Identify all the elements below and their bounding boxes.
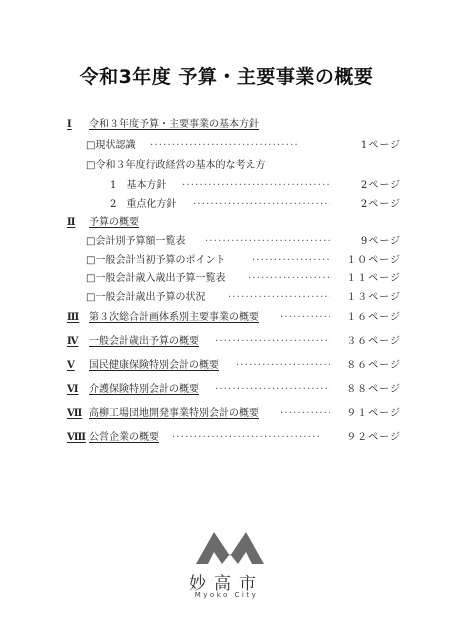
section-label: 予算の概要 <box>89 217 139 228</box>
page-number: 2ページ <box>361 197 401 213</box>
page-number: １６ページ <box>346 310 401 326</box>
toc-item[interactable]: □令和３年度行政経営の基本的な考え方 <box>0 158 453 174</box>
leader-dots: ·································· <box>150 138 330 154</box>
myoko-city-logo <box>190 530 270 570</box>
page-number: ３６ページ <box>346 334 401 350</box>
page-number: 9ページ <box>361 234 401 250</box>
item-label: □会計別予算額一覧表 <box>86 234 185 250</box>
page-number: ９１ページ <box>346 406 401 422</box>
page-number: ９２ページ <box>346 430 401 446</box>
toc-section-1[interactable]: Ⅰ令和３年度予算・主要事業の基本方針 <box>0 117 453 133</box>
item-label: □一般会計歳出予算の状況 <box>86 290 205 306</box>
leader-dots: ·································· <box>236 358 330 374</box>
mountain-logo-icon <box>190 530 270 566</box>
section-label: 公営企業の概要 <box>89 432 159 443</box>
toc-item[interactable]: □会計別予算額一覧表 ·····························… <box>0 234 453 250</box>
leader-dots: ·································· <box>215 334 330 350</box>
section-number: Ⅴ <box>67 358 89 374</box>
leader-dots: ·································· <box>215 382 330 398</box>
toc-section-5[interactable]: Ⅴ国民健康保険特別会計の概要 ·························… <box>0 358 453 374</box>
leader-dots: ·································· <box>193 197 330 213</box>
leader-dots: ·································· <box>280 310 330 326</box>
item-label: □現状認識 <box>86 138 135 154</box>
section-number: Ⅷ <box>67 430 89 446</box>
page-number: １１ページ <box>346 271 401 287</box>
toc-item[interactable]: 1 基本方針 ·································… <box>0 178 453 194</box>
leader-dots: ·································· <box>205 234 330 250</box>
item-label: 2 重点化方針 <box>110 197 176 213</box>
toc-item[interactable]: □現状認識 ··································… <box>0 138 453 154</box>
section-label: 第３次総合計画体系別主要事業の概要 <box>89 312 259 323</box>
section-number: Ⅱ <box>67 215 89 231</box>
page-number: 2ページ <box>361 178 401 194</box>
toc-section-4[interactable]: Ⅳ一般会計歳出予算の概要 ···························… <box>0 334 453 350</box>
section-number: Ⅳ <box>67 334 89 350</box>
item-label: □令和３年度行政経営の基本的な考え方 <box>86 158 265 174</box>
toc-section-7[interactable]: Ⅶ高柳工場団地開発事業特別会計の概要 ·····················… <box>0 406 453 422</box>
item-label: □一般会計当初予算のポイント <box>86 253 225 269</box>
page-number: ８８ページ <box>346 382 401 398</box>
leader-dots: ·································· <box>252 253 330 269</box>
toc-section-2[interactable]: Ⅱ予算の概要 <box>0 215 453 231</box>
leader-dots: ·································· <box>248 271 330 287</box>
toc-item[interactable]: 2 重点化方針 ································… <box>0 197 453 213</box>
section-label: 一般会計歳出予算の概要 <box>89 336 199 347</box>
item-label: □一般会計歳入歳出予算一覧表 <box>86 271 225 287</box>
section-number: Ⅰ <box>67 117 89 133</box>
section-number: Ⅵ <box>67 382 89 398</box>
leader-dots: ·································· <box>280 406 330 422</box>
leader-dots: ·································· <box>172 430 330 446</box>
leader-dots: ·································· <box>228 290 330 306</box>
page-number: ８６ページ <box>346 358 401 374</box>
toc-item[interactable]: □一般会計当初予算のポイント ·························… <box>0 253 453 269</box>
toc-section-3[interactable]: Ⅲ第３次総合計画体系別主要事業の概要 ·····················… <box>0 310 453 326</box>
section-label: 令和３年度予算・主要事業の基本方針 <box>89 119 259 130</box>
section-number: Ⅲ <box>67 310 89 326</box>
toc-section-8[interactable]: Ⅷ公営企業の概要 ·······························… <box>0 430 453 446</box>
item-label: 1 基本方針 <box>110 178 166 194</box>
page-number: 1ページ <box>361 138 401 154</box>
toc-item[interactable]: □一般会計歳入歳出予算一覧表 ·························… <box>0 271 453 287</box>
page-number: １０ページ <box>346 253 401 269</box>
toc-item[interactable]: □一般会計歳出予算の状況 ···························… <box>0 290 453 306</box>
city-name-english: Myoko City <box>0 591 453 599</box>
page-number: １３ページ <box>346 290 401 306</box>
document-title: 令和3年度 予算・主要事業の概要 <box>0 62 453 89</box>
toc-section-6[interactable]: Ⅵ介護保険特別会計の概要 ···························… <box>0 382 453 398</box>
section-label: 高柳工場団地開発事業特別会計の概要 <box>89 408 259 419</box>
leader-dots: ·································· <box>182 178 330 194</box>
section-label: 国民健康保険特別会計の概要 <box>89 360 219 371</box>
section-number: Ⅶ <box>67 406 89 422</box>
section-label: 介護保険特別会計の概要 <box>89 384 199 395</box>
